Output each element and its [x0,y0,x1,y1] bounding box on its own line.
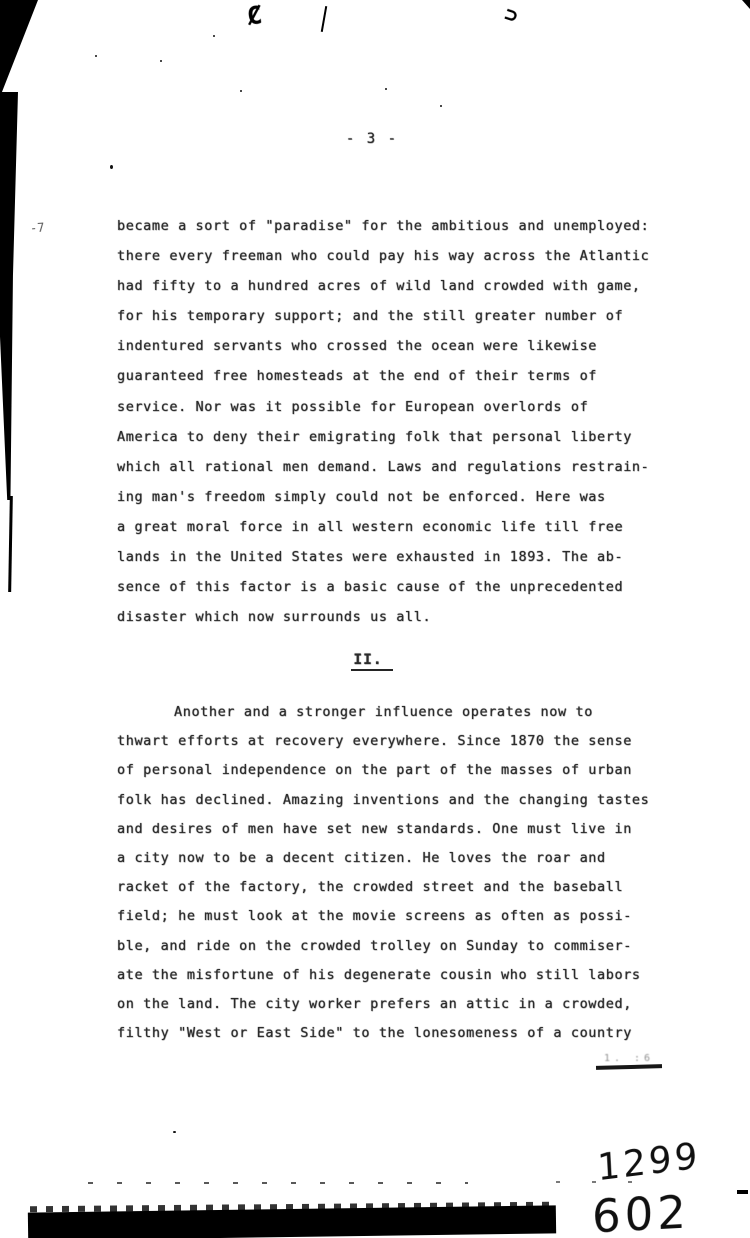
text-line: there every freeman who could pay his wa… [117,241,677,271]
scan-artifact-dashed-line [556,1181,664,1183]
scan-artifact-glyph-left: Ȼ [245,0,264,31]
scan-artifact-corner-notch [742,0,750,9]
ink-speck [173,1131,176,1133]
text-line: ing man's freedom simply could not be en… [117,482,677,512]
text-line: and desires of men have set new standard… [117,815,677,844]
text-line: had fifty to a hundred acres of wild lan… [117,271,677,301]
text-line: of personal independence on the part of … [117,756,677,785]
ink-speck [440,105,442,107]
scan-artifact-left-edge-line [8,496,12,592]
scan-artifact-slash [321,6,327,32]
text-line: which all rational men demand. Laws and … [117,452,677,482]
footer-mark: 1. :6 [596,1053,662,1069]
ink-speck [95,55,97,57]
text-line: field; he must look at the movie screens… [117,902,677,931]
scan-artifact-corner-triangle [0,0,38,97]
margin-mark: -7 [30,221,45,236]
text-line: filthy "West or East Side" to the loneso… [117,1019,677,1048]
text-line: indentured servants who crossed the ocea… [117,331,677,361]
ink-speck [160,60,162,62]
footer-mark-text: 1. :6 [596,1053,662,1064]
handwritten-number: 602 [592,1185,691,1238]
text-line: service. Nor was it possible for Europea… [117,392,677,422]
text-line: sence of this factor is a basic cause of… [117,572,677,602]
scan-artifact-left-edge-bar [0,92,18,500]
text-line: for his temporary support; and the still… [117,301,677,331]
text-line: a city now to be a decent citizen. He lo… [117,844,677,873]
text-line: guaranteed free homesteads at the end of… [117,361,677,391]
ink-speck [240,90,242,92]
section-heading-text: II. [351,652,392,671]
ink-speck [385,88,387,90]
footer-mark-underline [596,1064,662,1069]
text-line: a great moral force in all western econo… [117,512,677,542]
ink-speck [213,35,215,37]
page-number: - 3 - [0,131,744,147]
section-heading: II. [0,652,744,671]
text-line: ate the misfortune of his degenerate cou… [117,961,677,990]
scan-artifact-glyph-right: ⊃ [502,2,521,29]
text-line: became a sort of "paradise" for the ambi… [117,211,677,241]
paragraph-2: Another and a stronger influence operate… [117,698,677,1048]
scan-artifact-dashed-line [88,1182,468,1184]
text-line: thwart efforts at recovery everywhere. S… [117,727,677,756]
text-line: folk has declined. Amazing inventions an… [117,786,677,815]
text-line: ble, and ride on the crowded trolley on … [117,932,677,961]
paragraph-1: became a sort of "paradise" for the ambi… [117,211,677,632]
scan-artifact-edge-dash [737,1190,748,1194]
text-line: disaster which now surrounds us all. [117,602,677,632]
scanned-document-page: Ȼ ⊃ - 3 - -7 became a sort of "paradise"… [0,0,750,1238]
text-line: Another and a stronger influence operate… [117,698,677,727]
text-line: on the land. The city worker prefers an … [117,990,677,1019]
text-line: lands in the United States were exhauste… [117,542,677,572]
ink-speck [110,165,113,169]
text-line: racket of the factory, the crowded stree… [117,873,677,902]
text-line: America to deny their emigrating folk th… [117,422,677,452]
